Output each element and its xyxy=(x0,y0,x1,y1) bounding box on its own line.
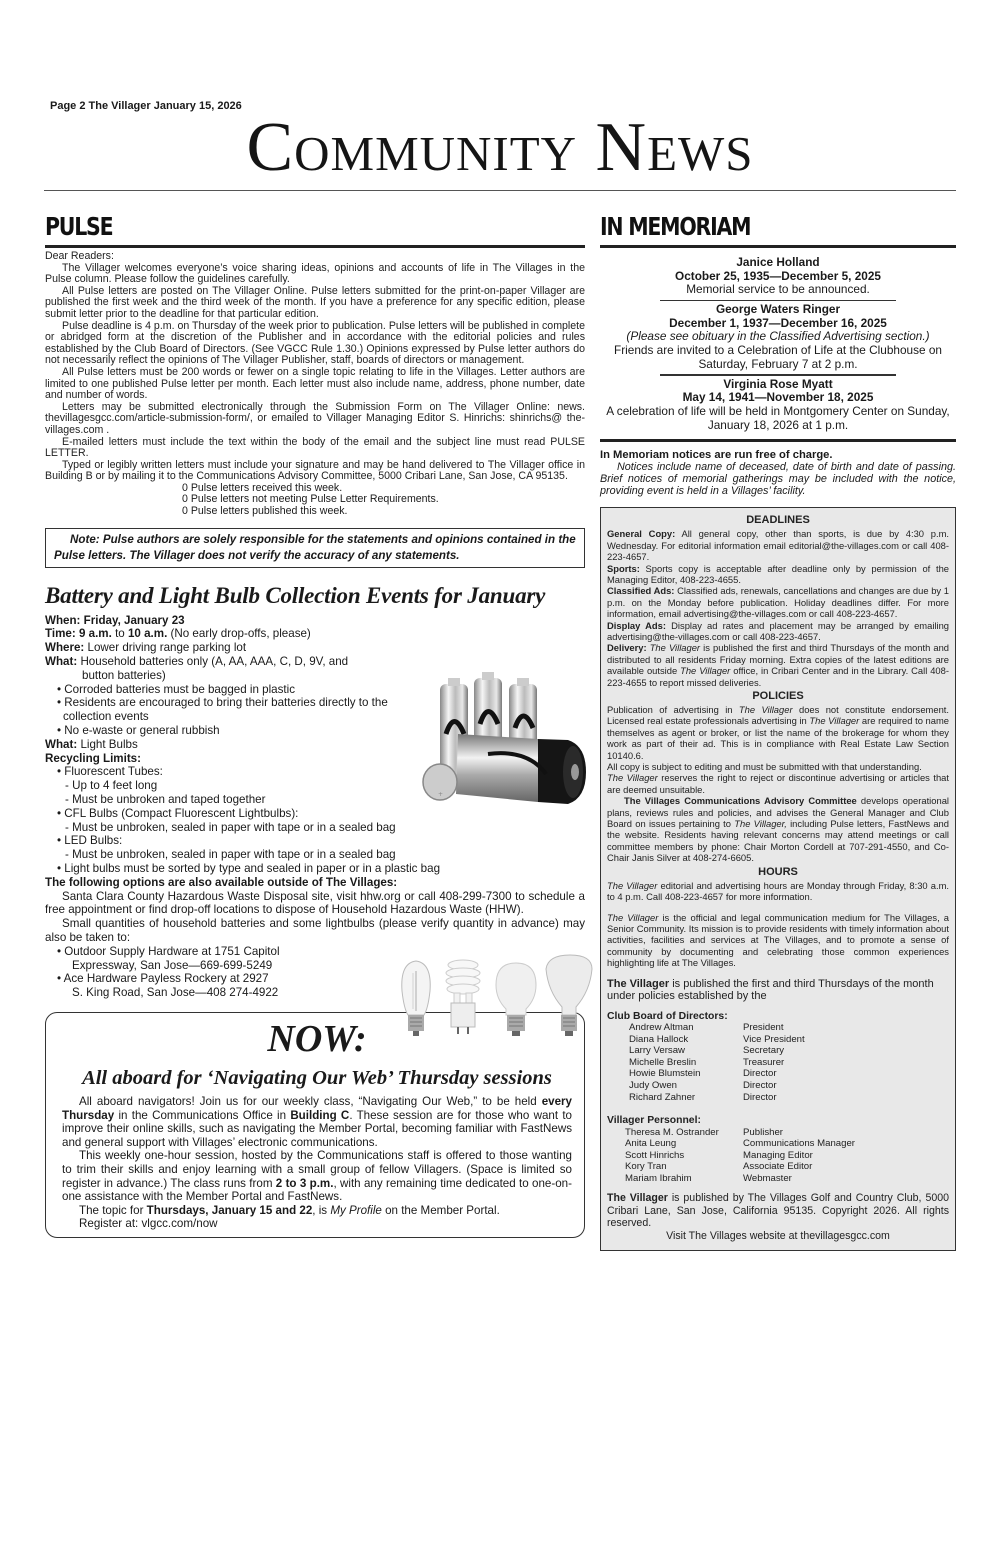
options-label: The following options are also available… xyxy=(45,876,585,890)
personnel-name: Kory Tran xyxy=(625,1161,743,1173)
memoriam-free-notice: In Memoriam notices are run free of char… xyxy=(600,450,956,497)
left-column: PULSE Dear Readers: The Villager welcome… xyxy=(45,210,585,1238)
memoriam-name: Janice Holland xyxy=(600,256,956,270)
right-column: IN MEMORIAM Janice Holland October 25, 1… xyxy=(600,210,956,1251)
memoriam-name: Virginia Rose Myatt xyxy=(600,378,956,392)
mission-text: The Villager is the official and legal c… xyxy=(607,912,949,969)
personnel-name: Theresa M. Ostrander xyxy=(625,1127,743,1139)
deadline-classified: Classified Ads: Classified ads, renewals… xyxy=(607,585,949,619)
pulse-counts: 0 Pulse letters received this week. 0 Pu… xyxy=(182,483,585,518)
board-member-name: Andrew Altman xyxy=(629,1022,743,1034)
memoriam-list: Janice Holland October 25, 1935—December… xyxy=(600,254,956,435)
deadlines-policies-box: DEADLINES General Copy: All general copy… xyxy=(600,507,956,1251)
board-member-name: Larry Versaw xyxy=(629,1045,743,1057)
pulse-rule xyxy=(45,245,585,248)
policy-editing: All copy is subject to editing and must … xyxy=(607,761,949,772)
now-paragraph: The topic for Thursdays, January 15 and … xyxy=(62,1204,572,1218)
memoriam-note: Memorial service to be announced. xyxy=(600,283,956,297)
personnel-role: Publisher xyxy=(743,1127,949,1139)
personnel-name: Scott Hinrichs xyxy=(625,1150,743,1162)
personnel-label: Villager Personnel: xyxy=(607,1115,949,1126)
battery-article-body: When: Friday, January 23 Time: 9 a.m. to… xyxy=(45,614,585,1000)
limit-detail: - Must be unbroken, sealed in paper with… xyxy=(45,821,585,835)
now-body: All aboard navigators! Join us for our w… xyxy=(62,1095,572,1231)
board-member-name: Michelle Breslin xyxy=(629,1057,743,1069)
pulse-paragraph: Typed or legibly written letters must in… xyxy=(45,460,585,483)
memoriam-note: A celebration of life will be held in Mo… xyxy=(600,405,956,432)
battery-article-title: Battery and Light Bulb Collection Events… xyxy=(45,582,585,610)
deadline-delivery: Delivery: The Villager is published the … xyxy=(607,642,949,688)
now-announcement-box: NOW: All aboard for ‘Navigating Our Web’… xyxy=(45,1012,585,1238)
personnel-role: Webmaster xyxy=(743,1173,949,1185)
memoriam-dates: May 14, 1941—November 18, 2025 xyxy=(600,391,956,405)
pulse-note-box: Note: Pulse authors are solely responsib… xyxy=(45,528,585,568)
when-line: When: Friday, January 23 xyxy=(45,614,585,628)
masthead-rule xyxy=(44,190,956,191)
pulse-body: Dear Readers: The Villager welcomes ever… xyxy=(45,251,585,483)
board-member-role: Treasurer xyxy=(743,1057,949,1069)
memoriam-entry: George Waters Ringer December 1, 1937—De… xyxy=(600,301,956,374)
pulse-note: Note: Pulse authors are solely responsib… xyxy=(54,533,576,562)
batteries-illustration: + xyxy=(418,664,596,809)
memoriam-entry: Janice Holland October 25, 1935—December… xyxy=(600,254,956,300)
options-paragraph: Santa Clara County Hazardous Waste Dispo… xyxy=(45,890,585,918)
light-bulbs-illustration xyxy=(388,951,593,1043)
pulse-paragraph: All Pulse letters must be 200 words or f… xyxy=(45,367,585,402)
now-paragraph: This weekly one-hour session, hosted by … xyxy=(62,1149,572,1203)
svg-text:+: + xyxy=(438,791,443,798)
memoriam-entry: Virginia Rose Myatt May 14, 1941—Novembe… xyxy=(600,376,956,435)
pulse-paragraph: The Villager welcomes everyone’s voice s… xyxy=(45,263,585,286)
memoriam-rule xyxy=(600,245,956,248)
board-member-role: Secretary xyxy=(743,1045,949,1057)
limit-item: • CFL Bulbs (Compact Fluorescent Lightbu… xyxy=(45,807,585,821)
policy-advertising: Publication of advertising in The Villag… xyxy=(607,704,949,761)
options-paragraph: Small quantities of household batteries … xyxy=(45,917,585,945)
where-line: Where: Lower driving range parking lot xyxy=(45,641,585,655)
published-text: The Villager is published the first and … xyxy=(607,978,949,1003)
hours-heading: HOURS xyxy=(607,866,949,879)
board-member-role: Director xyxy=(743,1092,949,1104)
board-member-name: Richard Zahner xyxy=(629,1092,743,1104)
board-member-name: Diana Hallock xyxy=(629,1034,743,1046)
board-member-name: Howie Blumstein xyxy=(629,1068,743,1080)
board-roster: Andrew AltmanPresident Diana HallockVice… xyxy=(607,1022,949,1103)
pulse-paragraph: Letters may be submitted electronically … xyxy=(45,402,585,437)
board-member-role: President xyxy=(743,1022,949,1034)
board-member-name: Judy Owen xyxy=(629,1080,743,1092)
limit-detail: - Must be unbroken, sealed in paper with… xyxy=(45,848,585,862)
policy-committee: The Villages Communications Advisory Com… xyxy=(607,795,949,863)
personnel-role: Communications Manager xyxy=(743,1138,949,1150)
personnel-role: Associate Editor xyxy=(743,1161,949,1173)
memoriam-bottom-rule xyxy=(600,439,956,442)
now-subtitle: All aboard for ‘Navigating Our Web’ Thur… xyxy=(62,1065,572,1091)
policies-heading: POLICIES xyxy=(607,690,949,703)
memoriam-name: George Waters Ringer xyxy=(600,303,956,317)
pulse-paragraph: E-mailed letters must include the text w… xyxy=(45,437,585,460)
website-line: Visit The Villages website at thevillage… xyxy=(607,1230,949,1243)
board-label: Club Board of Directors: xyxy=(607,1011,949,1022)
policy-reserve: The Villager reserves the right to rejec… xyxy=(607,772,949,795)
deadline-display: Display Ads: Display ad rates and placem… xyxy=(607,620,949,643)
board-member-role: Vice President xyxy=(743,1034,949,1046)
deadline-general: General Copy: All general copy, other th… xyxy=(607,528,949,562)
memoriam-note: Friends are invited to a Celebration of … xyxy=(600,344,956,371)
pulse-salutation: Dear Readers: xyxy=(45,251,585,263)
pulse-paragraph: Pulse deadline is 4 p.m. on Thursday of … xyxy=(45,321,585,367)
memoriam-dates: October 25, 1935—December 5, 2025 xyxy=(600,270,956,284)
pulse-paragraph: All Pulse letters are posted on The Vill… xyxy=(45,286,585,321)
pulse-count-published: 0 Pulse letters published this week. xyxy=(182,506,585,518)
personnel-name: Anita Leung xyxy=(625,1138,743,1150)
page-title: Community News xyxy=(0,108,1000,188)
deadlines-heading: DEADLINES xyxy=(607,514,949,527)
now-paragraph: All aboard navigators! Join us for our w… xyxy=(62,1095,572,1149)
what-line: What: Household batteries only (A, AA, A… xyxy=(45,655,363,683)
now-register: Register at: vlgcc.com/now xyxy=(62,1217,572,1231)
personnel-roster: Theresa M. OstranderPublisher Anita Leun… xyxy=(607,1127,949,1185)
publisher-footer: The Villager is published by The Village… xyxy=(607,1192,949,1230)
pulse-heading: PULSE xyxy=(45,210,488,244)
board-member-role: Director xyxy=(743,1080,949,1092)
limit-item: • LED Bulbs: xyxy=(45,834,585,848)
personnel-name: Mariam Ibrahim xyxy=(625,1173,743,1185)
memoriam-note-italic: (Please see obituary in the Classified A… xyxy=(600,330,956,344)
board-member-role: Director xyxy=(743,1068,949,1080)
deadline-sports: Sports: Sports copy is acceptable after … xyxy=(607,563,949,586)
personnel-role: Managing Editor xyxy=(743,1150,949,1162)
limit-item: • Light bulbs must be sorted by type and… xyxy=(45,862,585,876)
time-line: Time: 9 a.m. to 10 a.m. (No early drop-o… xyxy=(45,627,585,641)
battery-bullet: • Residents are encouraged to bring thei… xyxy=(45,696,420,724)
hours-text: The Villager editorial and advertising h… xyxy=(607,880,949,903)
memoriam-heading: IN MEMORIAM xyxy=(600,210,892,244)
memoriam-dates: December 1, 1937—December 16, 2025 xyxy=(600,317,956,331)
